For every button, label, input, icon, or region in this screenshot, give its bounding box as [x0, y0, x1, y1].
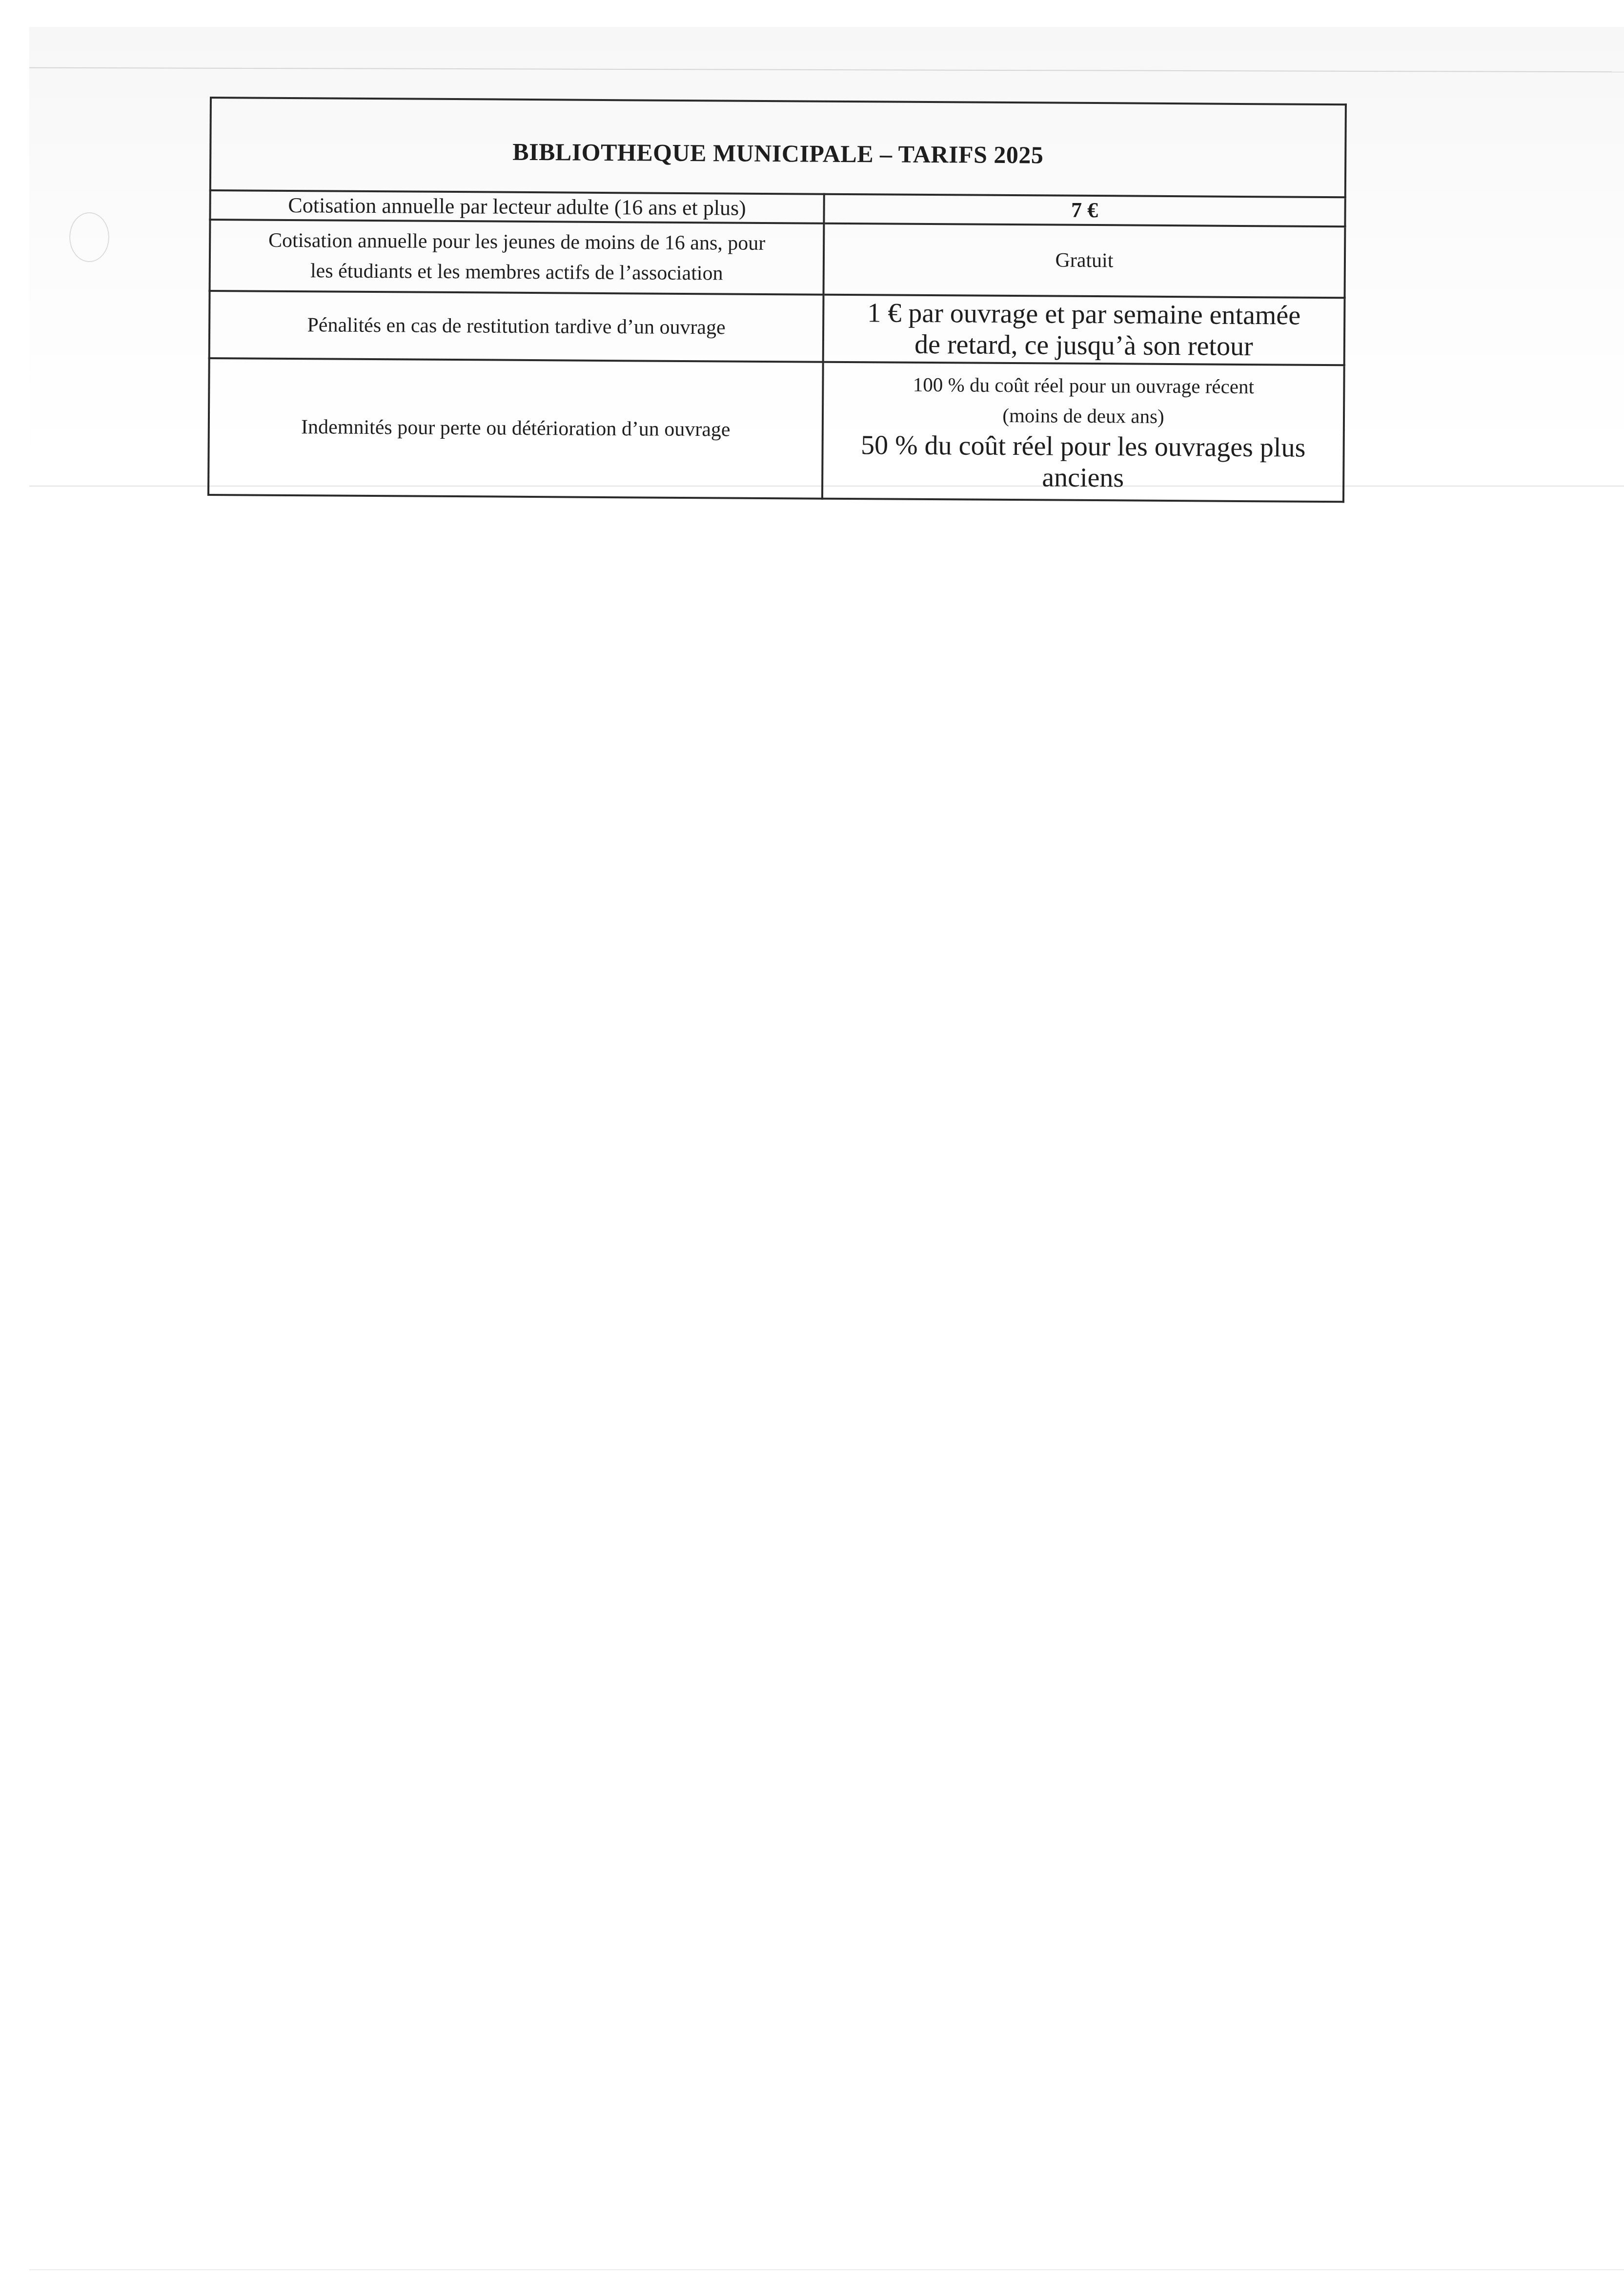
- tariff-label: Cotisation annuelle pour les jeunes de m…: [210, 220, 824, 295]
- tariff-value-line: 1 € par ouvrage et par semaine entamée: [833, 297, 1335, 331]
- table-row: Indemnités pour perte ou détérioration d…: [208, 358, 1344, 502]
- tariff-value-line: 50 % du coût réel pour les ouvrages plus: [832, 429, 1334, 464]
- tariff-value-line: (moins de deux ans): [832, 399, 1334, 432]
- table-row: Pénalités en cas de restitution tardive …: [209, 291, 1345, 365]
- table-row: Cotisation annuelle pour les jeunes de m…: [210, 220, 1345, 298]
- page-title: BIBLIOTHEQUE MUNICIPALE – TARIFS 2025: [512, 138, 1043, 169]
- punch-hole-mark: [69, 212, 109, 262]
- scan-artifact-line: [29, 2269, 1624, 2270]
- tariff-value-line: 100 % du coût réel pour un ouvrage récen…: [832, 369, 1334, 402]
- tariff-value: 1 € par ouvrage et par semaine entamée d…: [823, 295, 1345, 366]
- tariff-value-line: de retard, ce jusqu’à son retour: [833, 328, 1335, 363]
- tariff-value: 100 % du coût réel pour un ouvrage récen…: [822, 362, 1344, 502]
- tariff-label: Indemnités pour perte ou détérioration d…: [208, 358, 823, 499]
- tariff-label-line: Cotisation annuelle pour les jeunes de m…: [220, 225, 814, 259]
- tariffs-table: BIBLIOTHEQUE MUNICIPALE – TARIFS 2025 Co…: [207, 97, 1347, 503]
- tariff-label-line: les étudiants et les membres actifs de l…: [220, 255, 814, 289]
- table-title-cell: BIBLIOTHEQUE MUNICIPALE – TARIFS 2025: [210, 98, 1346, 197]
- tariff-label: Cotisation annuelle par lecteur adulte (…: [210, 190, 824, 224]
- tariff-value: Gratuit: [824, 224, 1345, 298]
- tariff-label: Pénalités en cas de restitution tardive …: [209, 291, 824, 362]
- tariff-value: 7 €: [824, 194, 1345, 227]
- tariff-value-line: anciens: [832, 461, 1334, 495]
- table-title-row: BIBLIOTHEQUE MUNICIPALE – TARIFS 2025: [210, 98, 1346, 197]
